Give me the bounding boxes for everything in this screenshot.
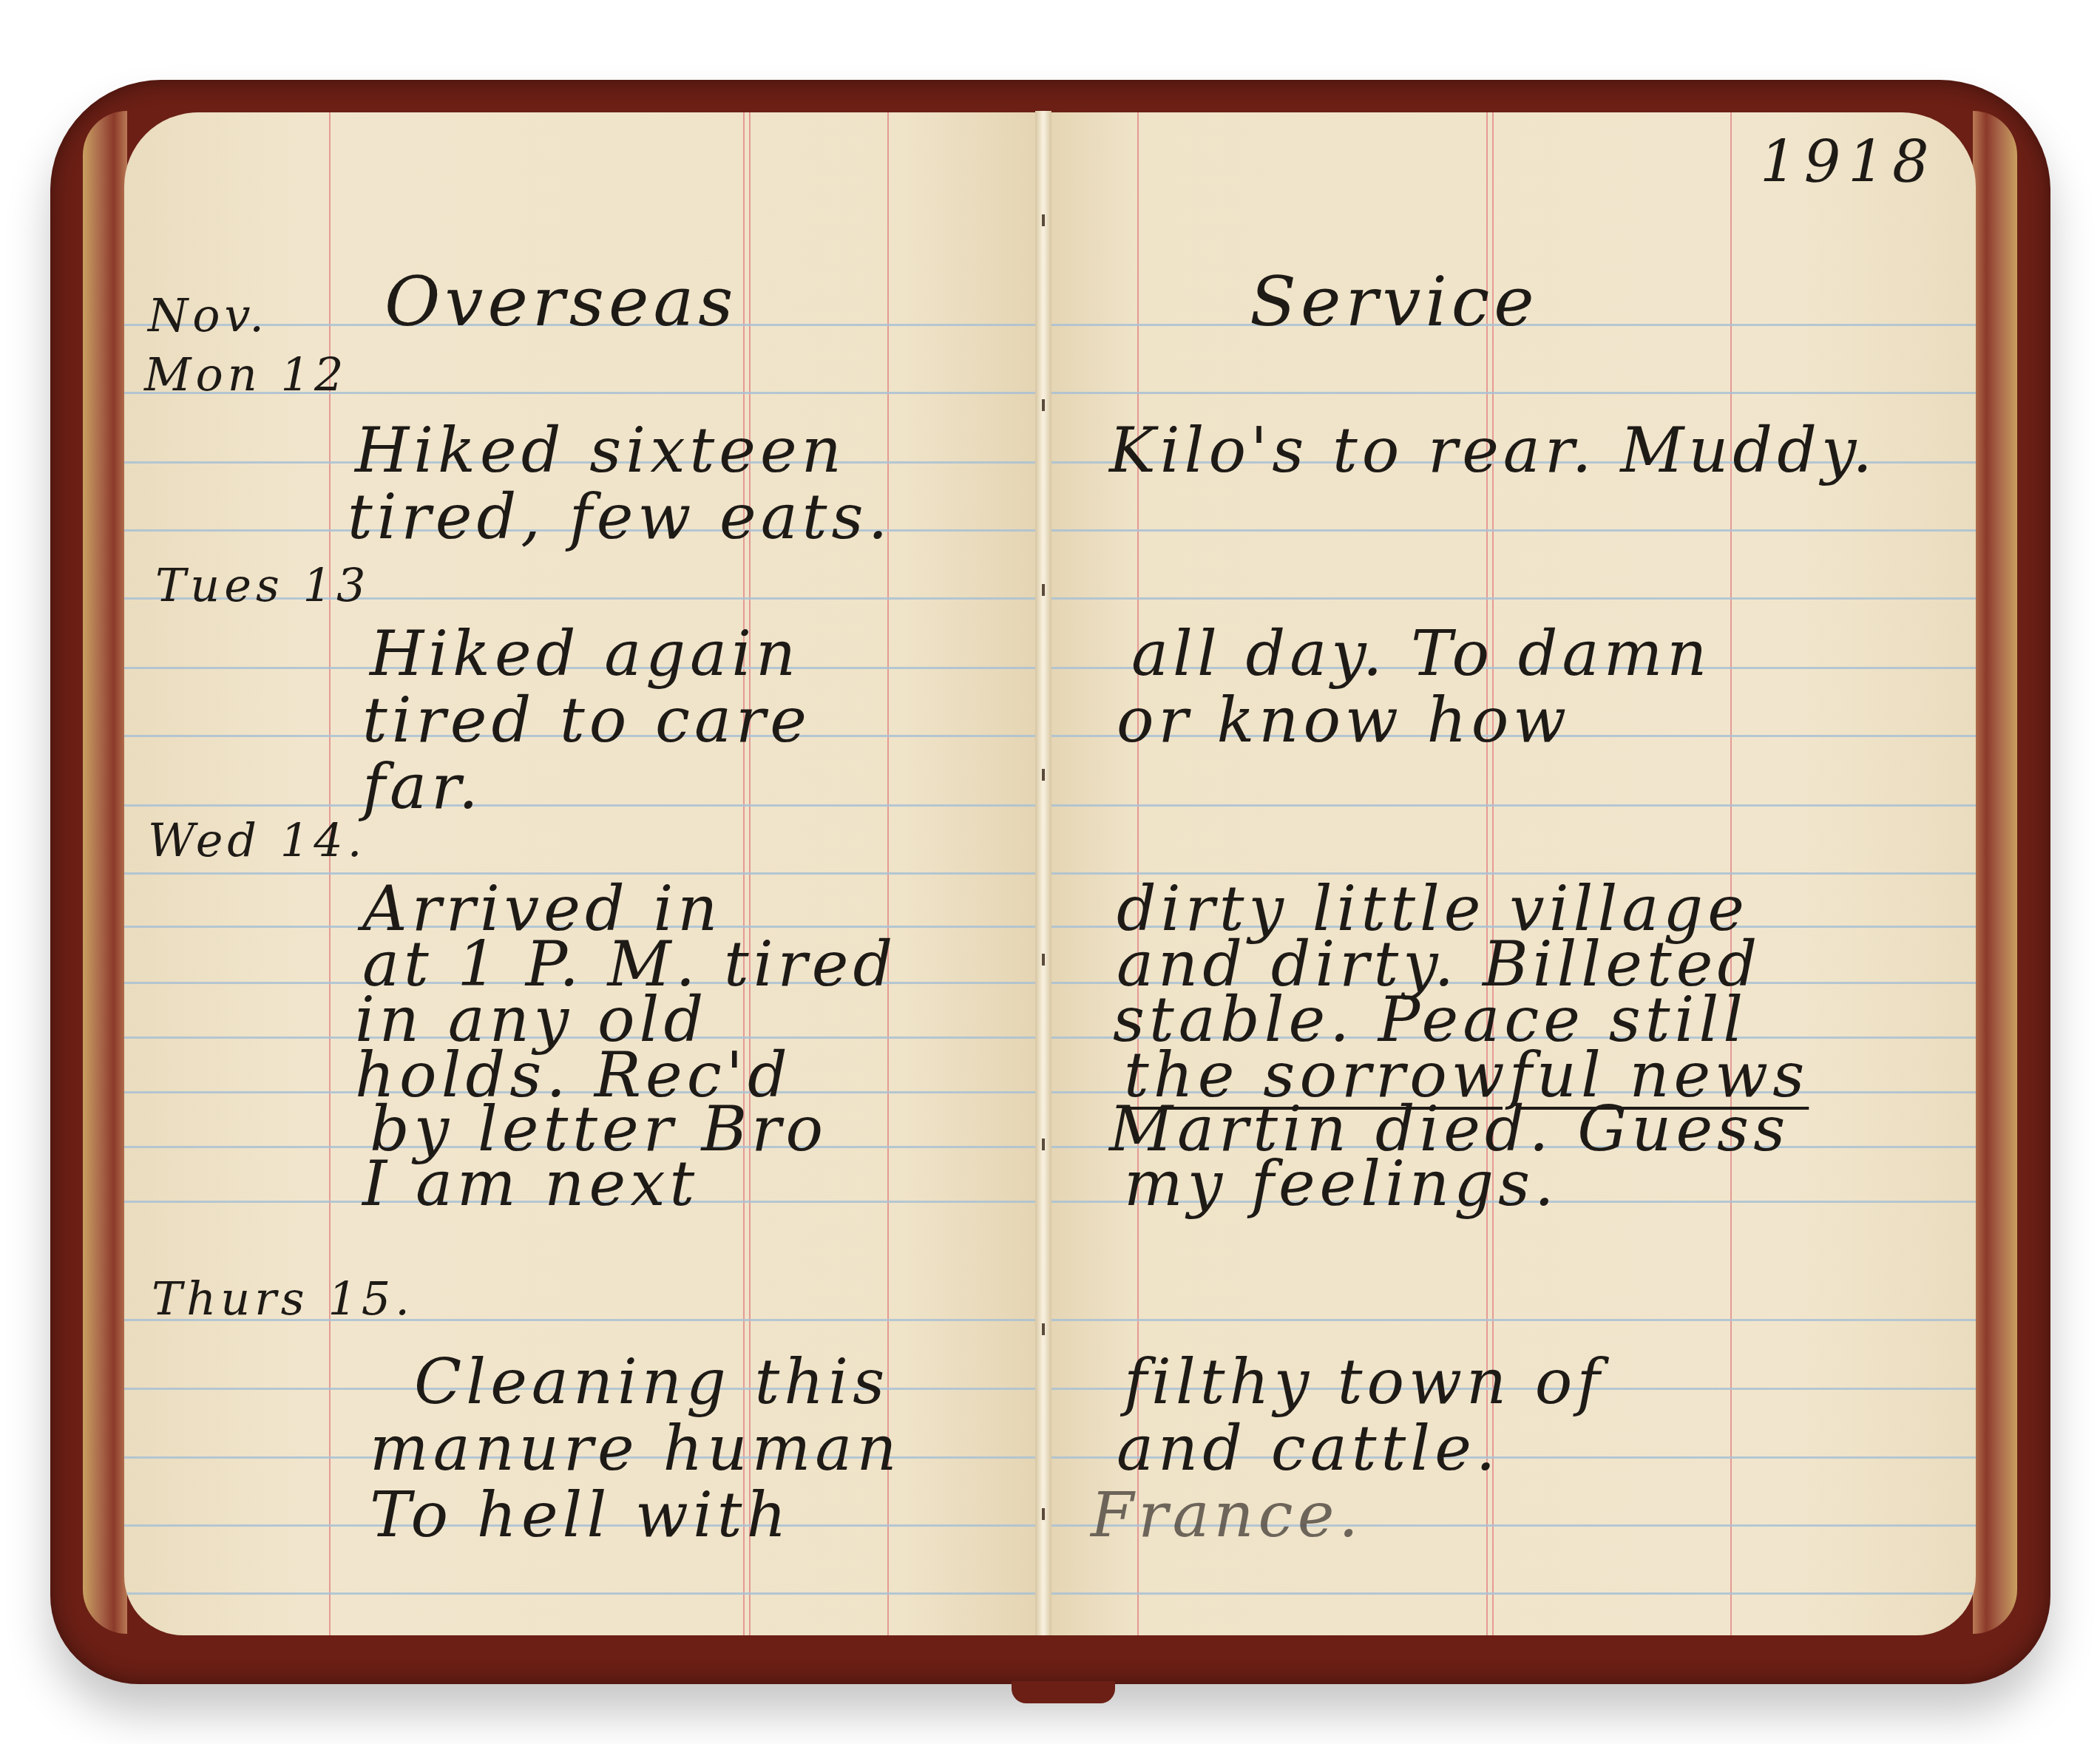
entry-left-line: I am next	[362, 1147, 699, 1220]
ruled-line	[124, 1592, 1043, 1595]
entry-date: Mon 12	[144, 347, 348, 401]
entry-right-line: filthy town of	[1124, 1346, 1605, 1418]
entry-left-line: Hiked again	[370, 617, 800, 690]
entry-left-line: Cleaning this	[414, 1346, 889, 1418]
entry-right-line: Kilo's to rear. Muddy.	[1109, 414, 1877, 486]
ruled-line	[124, 804, 1043, 807]
binding-stitch	[1042, 1139, 1045, 1150]
heading-left: Overseas	[385, 262, 738, 342]
entry-right-line: or know how	[1117, 684, 1571, 756]
entry-left-line: manure human	[370, 1412, 901, 1485]
entry-right-line: my feelings.	[1124, 1147, 1559, 1220]
binding-stitch	[1042, 584, 1045, 596]
ruled-line	[1043, 392, 1976, 394]
page-edges-left	[83, 111, 127, 1634]
month-label: Nov.	[148, 288, 268, 342]
binding-stitch	[1042, 1508, 1045, 1520]
ruled-line	[1043, 529, 1976, 532]
entry-right-line: all day. To damn	[1131, 617, 1711, 690]
entry-left-line: tired to care	[362, 684, 811, 756]
entry-date: Thurs 15.	[152, 1272, 414, 1326]
entry-right-line: France.	[1091, 1479, 1363, 1551]
entry-left-line: Hiked sixteen	[355, 414, 846, 486]
ruled-line	[1043, 804, 1976, 807]
ruled-line	[1043, 1592, 1976, 1595]
entry-left-line: tired, few eats.	[348, 481, 892, 553]
ruled-line	[1043, 1319, 1976, 1321]
page-edges-right	[1973, 111, 2017, 1634]
binding-stitch	[1042, 1323, 1045, 1335]
binding-stitch	[1042, 214, 1045, 226]
binding-stitch	[1042, 954, 1045, 966]
book-gutter	[1035, 111, 1051, 1635]
entry-date: Wed 14.	[148, 813, 366, 867]
entry-left-line: To hell with	[370, 1479, 791, 1551]
ruled-line	[1043, 597, 1976, 600]
binding-stitch	[1042, 399, 1045, 411]
entry-date: Tues 13	[155, 558, 370, 612]
heading-right: Service	[1250, 262, 1539, 342]
entry-left-line: far.	[362, 750, 483, 823]
entry-right-line: and cattle.	[1117, 1412, 1500, 1485]
binding-stitch	[1042, 769, 1045, 781]
year-label: 1918	[1760, 129, 1937, 196]
